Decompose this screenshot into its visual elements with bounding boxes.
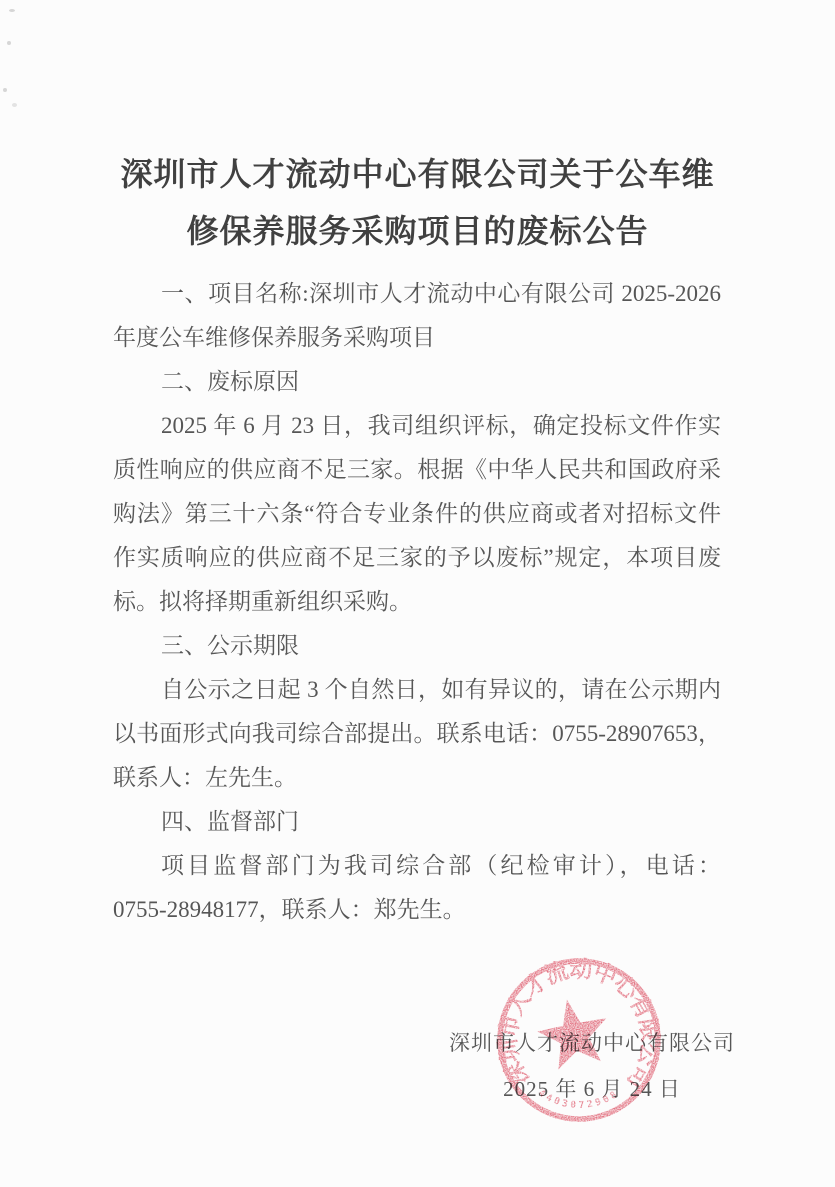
body-line: 自公示之日起 3 个自然日，如有异议的，请在公示期内 (113, 668, 721, 712)
body-line: 质性响应的供应商不足三家。根据《中华人民共和国政府采 (113, 448, 721, 492)
section-heading: 二、废标原因 (113, 360, 721, 404)
title-line-2: 修保养服务采购项目的废标公告 (60, 203, 775, 260)
title-line-1: 深圳市人才流动中心有限公司关于公车维 (60, 146, 775, 203)
scan-speck (12, 103, 17, 107)
document-title: 深圳市人才流动中心有限公司关于公车维 修保养服务采购项目的废标公告 (60, 146, 775, 260)
body-line: 标。拟将择期重新组织采购。 (113, 580, 721, 624)
body-line: 2025 年 6 月 23 日，我司组织评标，确定投标文件作实 (113, 404, 721, 448)
signature-date: 2025 年 6 月 24 日 (449, 1066, 735, 1112)
body-line: 0755-28948177，联系人：郑先生。 (113, 888, 721, 932)
body-line: 以书面形式向我司综合部提出。联系电话：0755-28907653， (113, 712, 721, 756)
body-line: 作实质响应的供应商不足三家的予以废标”规定，本项目废 (113, 536, 721, 580)
body-line: 项目监督部门为我司综合部（纪检审计），电话： (113, 844, 721, 888)
section-heading: 三、公示期限 (113, 624, 721, 668)
body-line: 购法》第三十六条“符合专业条件的供应商或者对招标文件 (113, 492, 721, 536)
body-line: 一、项目名称:深圳市人才流动中心有限公司 2025-2026 (113, 272, 721, 316)
scan-speck (9, 9, 15, 12)
body-line: 年度公车维修保养服务采购项目 (113, 316, 721, 360)
signature-block: 深圳市人才流动中心有限公司 2025 年 6 月 24 日 (449, 1020, 735, 1112)
scan-speck (3, 88, 7, 92)
document-page: 深圳市人才流动中心有限公司关于公车维 修保养服务采购项目的废标公告 一、项目名称… (0, 0, 835, 1187)
document-body: 一、项目名称:深圳市人才流动中心有限公司 2025-2026 年度公车维修保养服… (113, 272, 721, 932)
body-line: 联系人：左先生。 (113, 756, 721, 800)
section-heading: 四、监督部门 (113, 800, 721, 844)
signature-company-name: 深圳市人才流动中心有限公司 (449, 1020, 735, 1066)
scan-speck (7, 41, 11, 45)
